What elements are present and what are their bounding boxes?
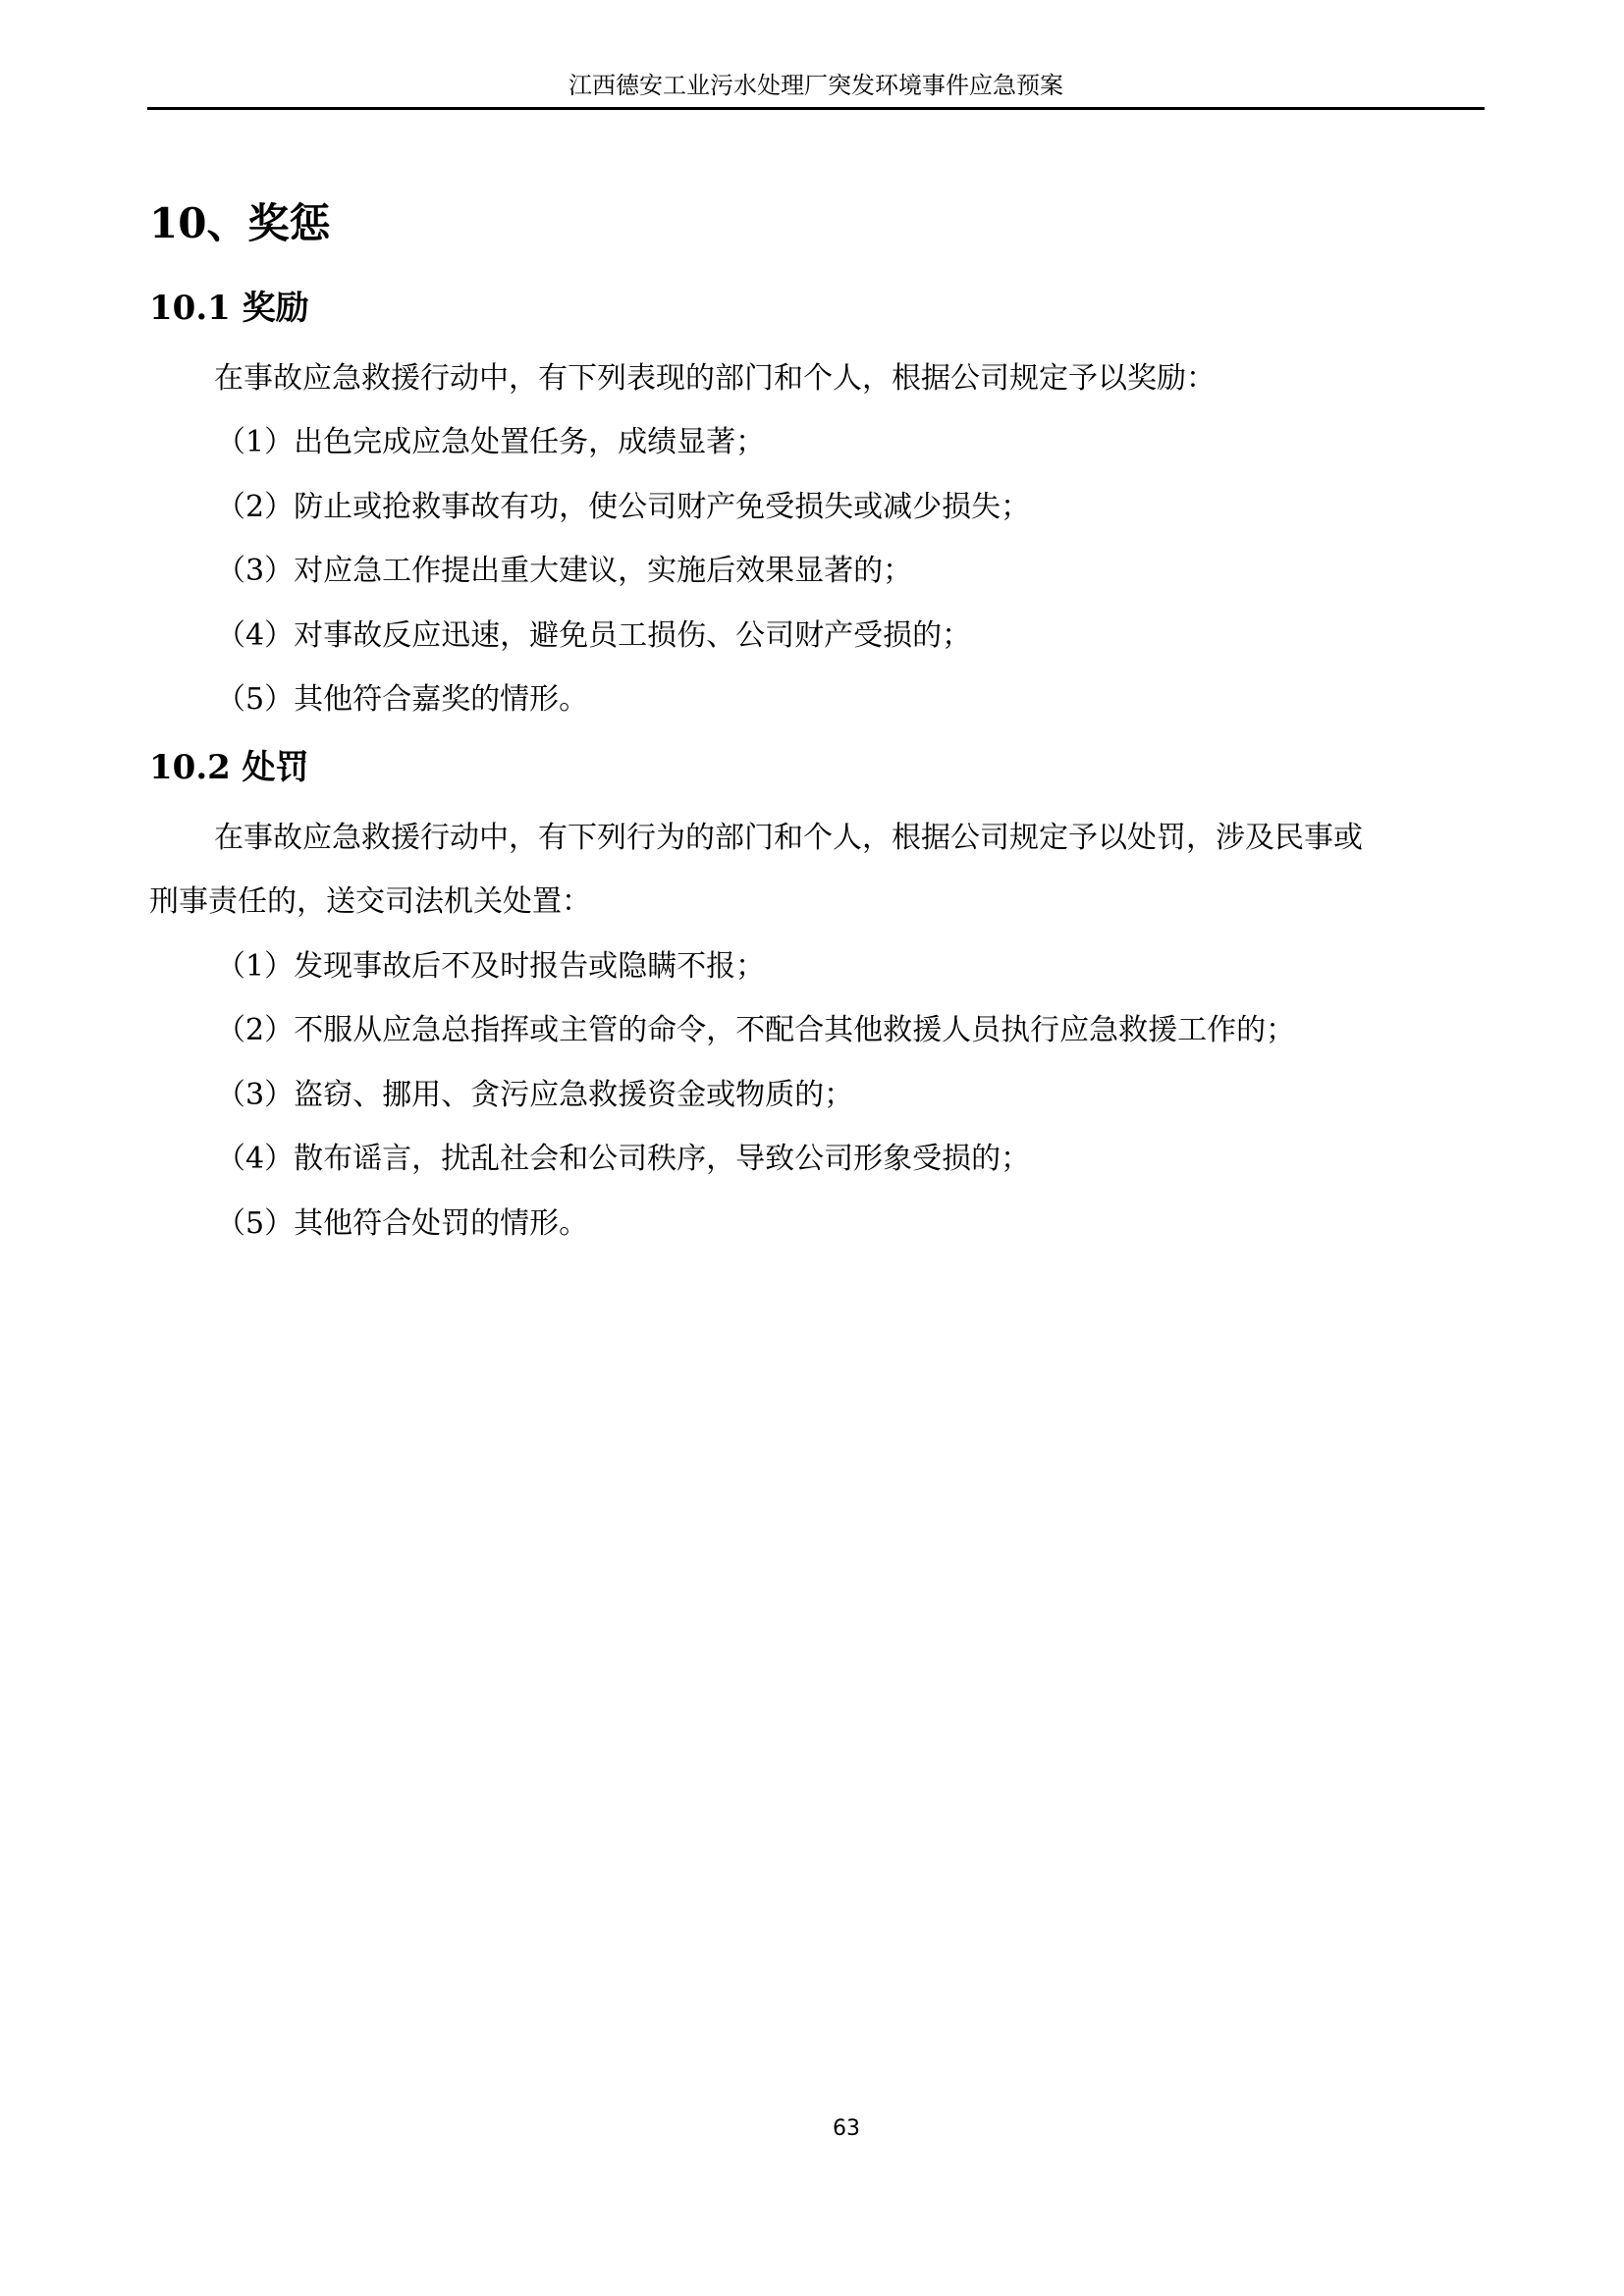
rewards-item: （2）防止或抢救事故有功，使公司财产免受损失或减少损失； [216,488,1030,527]
page-number: 63 [0,2116,1624,2141]
penalties-item: （4）散布谣言，扰乱社会和公司秩序，导致公司形象受损的； [216,1140,1030,1179]
subsection-heading-rewards: 10.1 奖励 [149,285,309,332]
subsection-heading-penalties: 10.2 处罚 [149,744,309,791]
penalties-intro-line-1: 在事故应急救援行动中，有下列行为的部门和个人，根据公司规定予以处罚，涉及民事或 [214,819,1363,858]
penalties-item: （5）其他符合处罚的情形。 [216,1204,588,1244]
rewards-intro: 在事故应急救援行动中，有下列表现的部门和个人，根据公司规定予以奖励： [214,359,1216,399]
penalties-item: （3）盗窃、挪用、贪污应急救援资金或物质的； [216,1076,853,1115]
rewards-item: （3）对应急工作提出重大建议，实施后效果显著的； [216,552,912,591]
document-header-title: 江西德安工业污水处理厂突发环境事件应急预案 [147,71,1485,100]
penalties-item: （1）发现事故后不及时报告或隐瞒不报； [216,947,765,987]
rewards-item: （4）对事故反应迅速，避免员工损伤、公司财产受损的； [216,616,971,656]
penalties-item: （2）不服从应急总指挥或主管的命令，不配合其他救援人员执行应急救援工作的； [216,1011,1295,1050]
rewards-item: （5）其他符合嘉奖的情形。 [216,680,588,720]
rewards-item: （1）出色完成应急处置任务，成绩显著； [216,423,765,462]
penalties-intro-line-2: 刑事责任的，送交司法机关处置： [149,882,591,922]
header-divider [147,107,1485,110]
section-heading: 10、奖惩 [149,196,330,251]
